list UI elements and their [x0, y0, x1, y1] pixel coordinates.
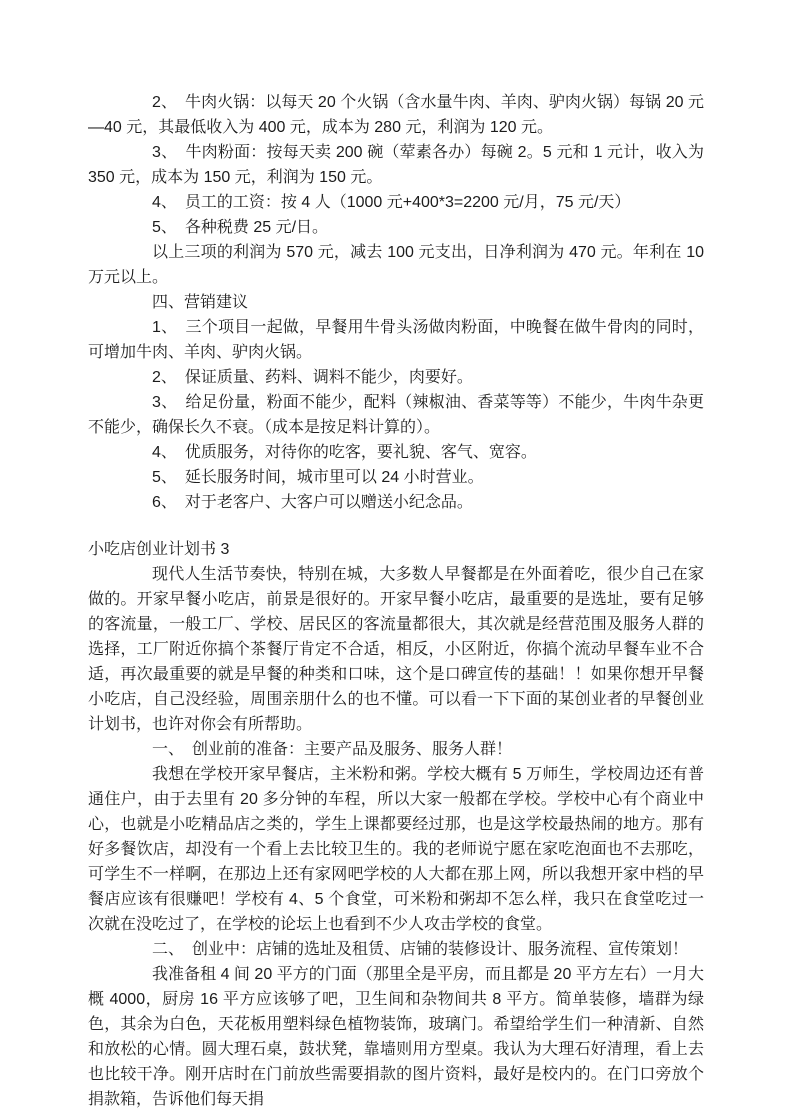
- paragraph: 3、 牛肉粉面：按每天卖 200 碗（荤素各办）每碗 2。5 元和 1 元计，收…: [88, 140, 704, 190]
- paragraph: 现代人生活节奏快，特别在城，大多数人早餐都是在外面着吃，很少自己在家做的。开家早…: [88, 562, 704, 737]
- section-heading: 小吃店创业计划书 3: [88, 537, 704, 562]
- paragraph: 我准备租 4 间 20 平方的门面（那里全是平房，而且都是 20 平方左右）一月…: [88, 962, 704, 1112]
- paragraph: 以上三项的利润为 570 元，减去 100 元支出，日净利润为 470 元。年利…: [88, 240, 704, 290]
- paragraph: 5、 各种税费 25 元/日。: [88, 215, 704, 240]
- paragraph: 1、 三个项目一起做，早餐用牛骨头汤做肉粉面，中晚餐在做牛骨肉的同时，可增加牛肉…: [88, 315, 704, 365]
- document-body: 2、 牛肉火锅：以每天 20 个火锅（含水量牛肉、羊肉、驴肉火锅）每锅 20 元…: [88, 90, 704, 1112]
- paragraph: 一、 创业前的准备：主要产品及服务、服务人群！: [88, 737, 704, 762]
- paragraph: 2、 保证质量、药料、调料不能少，肉要好。: [88, 365, 704, 390]
- paragraph: 2、 牛肉火锅：以每天 20 个火锅（含水量牛肉、羊肉、驴肉火锅）每锅 20 元…: [88, 90, 704, 140]
- paragraph: 3、 给足份量，粉面不能少，配料（辣椒油、香菜等等）不能少，牛肉牛杂更不能少，确…: [88, 390, 704, 440]
- paragraph: 4、 员工的工资：按 4 人（1000 元+400*3=2200 元/月，75 …: [88, 190, 704, 215]
- paragraph: 四、营销建议: [88, 290, 704, 315]
- paragraph: 4、 优质服务，对待你的吃客，要礼貌、客气、宽容。: [88, 440, 704, 465]
- paragraph: 我想在学校开家早餐店，主米粉和粥。学校大概有 5 万师生，学校周边还有普通住户，…: [88, 762, 704, 937]
- document-page: 2、 牛肉火锅：以每天 20 个火锅（含水量牛肉、羊肉、驴肉火锅）每锅 20 元…: [0, 0, 792, 1120]
- paragraph: 二、 创业中：店铺的选址及租赁、店铺的装修设计、服务流程、宣传策划！: [88, 937, 704, 962]
- paragraph: 5、 延长服务时间，城市里可以 24 小时营业。: [88, 465, 704, 490]
- paragraph: 6、 对于老客户、大客户可以赠送小纪念品。: [88, 490, 704, 515]
